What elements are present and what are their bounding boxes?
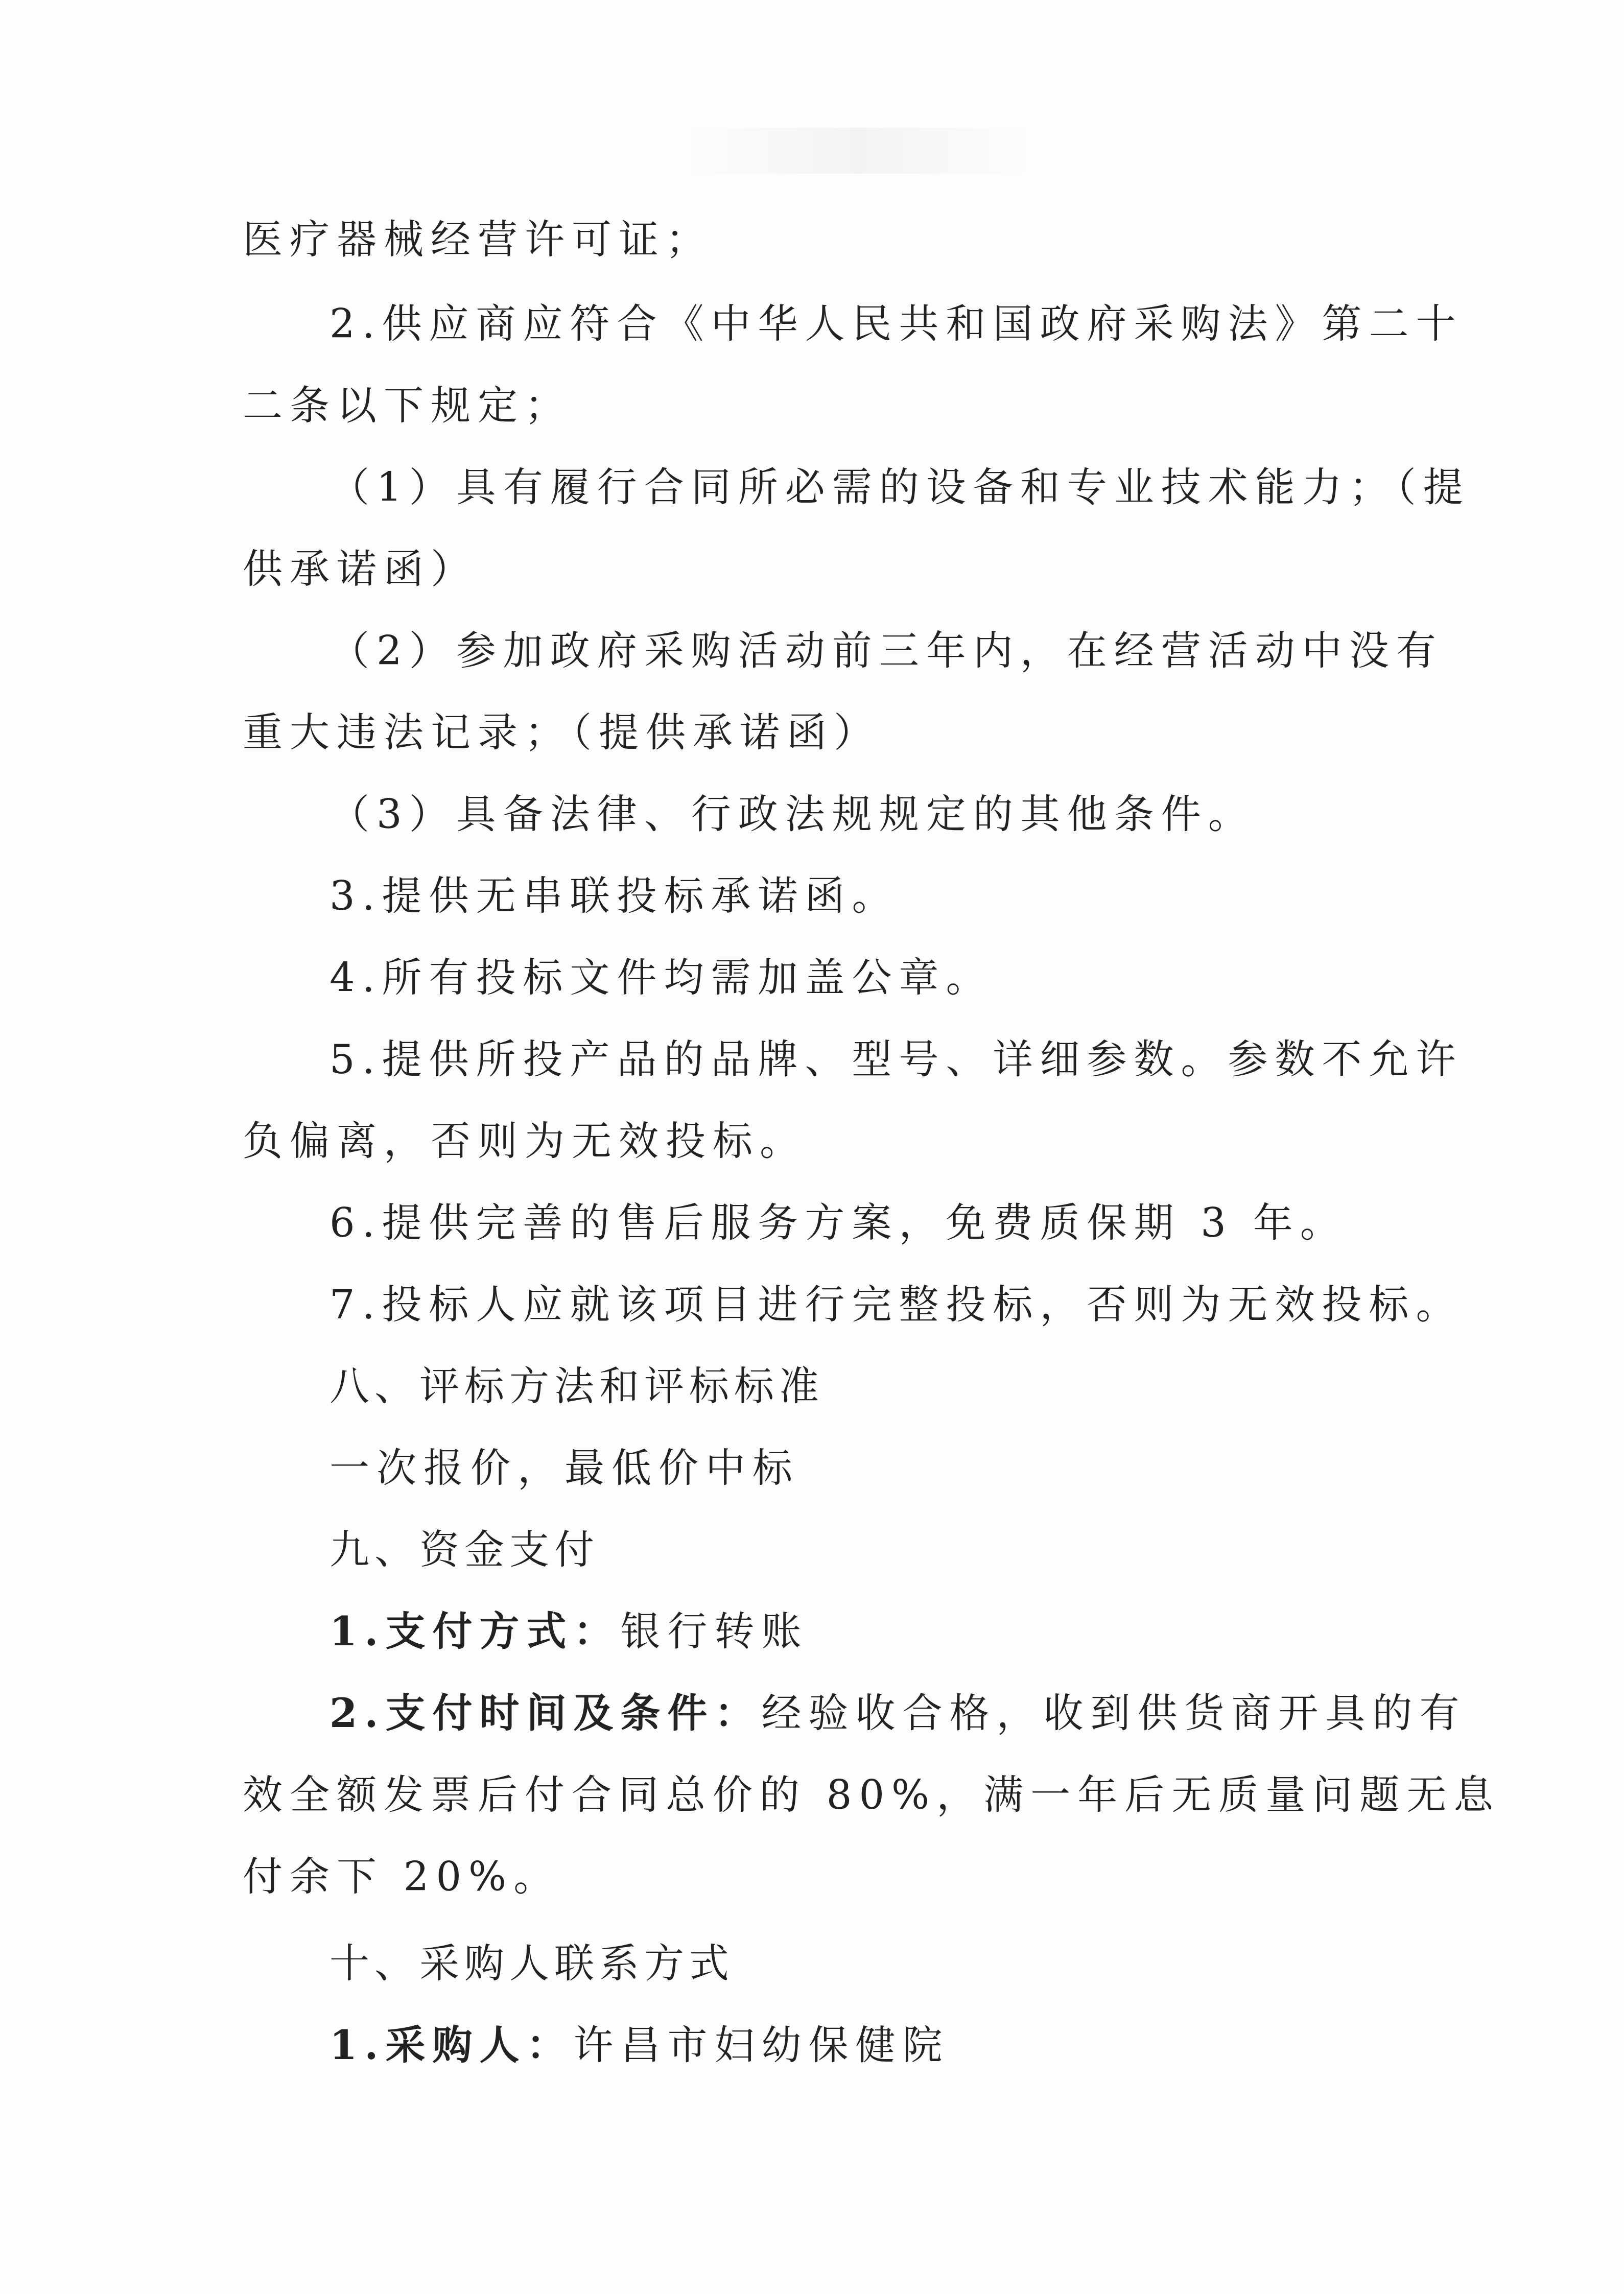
payment-method-line: 1.支付方式：银行转账	[329, 1606, 808, 1658]
text-line: 4.所有投标文件均需加盖公章。	[329, 953, 993, 1004]
text-line: 负偏离，否则为无效投标。	[243, 1116, 807, 1167]
text-line: （2）参加政府采购活动前三年内，在经营活动中没有	[329, 626, 1443, 677]
text-line: （3）具备法律、行政法规规定的其他条件。	[329, 789, 1255, 840]
text-line: 2.供应商应符合《中华人民共和国政府采购法》第二十	[329, 299, 1463, 350]
text-line: 3.提供无串联投标承诺函。	[329, 871, 899, 922]
faint-bleedthrough-header	[679, 128, 1037, 174]
section-heading-payment: 九、资金支付	[329, 1525, 599, 1576]
document-page: 医疗器械经营许可证； 2.供应商应符合《中华人民共和国政府采购法》第二十 二条以…	[0, 0, 1624, 2294]
text-line: 二条以下规定；	[243, 381, 572, 432]
text-line: 供承诺函）	[243, 544, 478, 595]
text-line: （1）具有履行合同所必需的设备和专业技术能力；（提	[329, 462, 1470, 513]
payment-method-value: 银行转账	[620, 1609, 808, 1655]
section-heading-contact: 十、采购人联系方式	[329, 1938, 734, 1990]
evaluation-method: 一次报价，最低价中标	[329, 1443, 799, 1494]
purchaser-label: 1.采购人：	[329, 2022, 573, 2069]
purchaser-value: 许昌市妇幼保健院	[573, 2023, 949, 2069]
payment-method-label: 1.支付方式：	[329, 1609, 620, 1655]
payment-terms-value: 经验收合格，收到供货商开具的有	[761, 1691, 1466, 1737]
text-line: 付余下 20%。	[243, 1852, 560, 1903]
text-line: 7.投标人应就该项目进行完整投标，否则为无效投标。	[329, 1280, 1463, 1331]
payment-terms-label: 2.支付时间及条件：	[329, 1690, 761, 1737]
payment-terms-line: 2.支付时间及条件：经验收合格，收到供货商开具的有	[329, 1688, 1466, 1739]
text-line: 医疗器械经营许可证；	[243, 215, 713, 266]
text-line: 重大违法记录；（提供承诺函）	[243, 707, 881, 759]
text-line: 6.提供完善的售后服务方案，免费质保期 3 年。	[329, 1198, 1347, 1249]
text-line: 5.提供所投产品的品牌、型号、详细参数。参数不允许	[329, 1034, 1463, 1085]
section-heading-evaluation: 八、评标方法和评标标准	[329, 1361, 824, 1412]
text-line: 效全额发票后付合同总价的 80%，满一年后无质量问题无息	[243, 1770, 1500, 1821]
purchaser-line: 1.采购人：许昌市妇幼保健院	[329, 2020, 949, 2071]
